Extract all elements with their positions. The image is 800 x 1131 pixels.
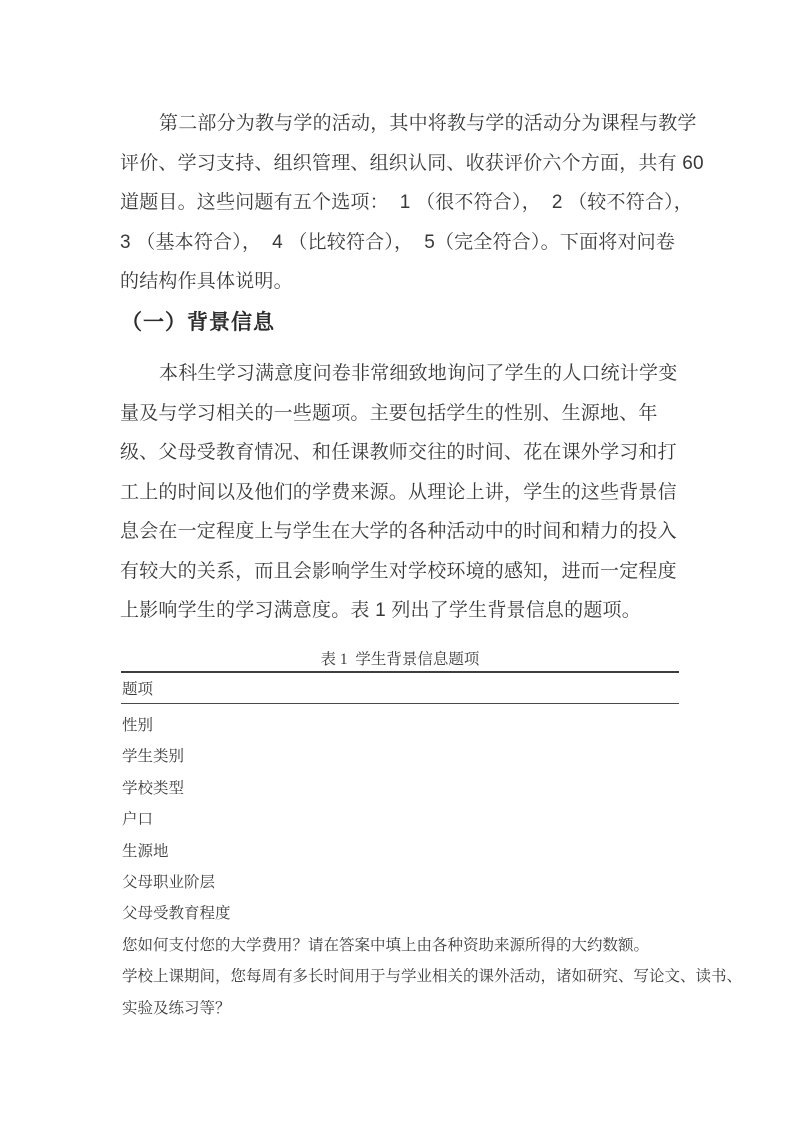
table-row: 父母职业阶层 bbox=[122, 867, 682, 898]
paragraph-line: 息会在一定程度上与学生在大学的各种活动中的时间和精力的投入 bbox=[120, 512, 686, 552]
paragraph-line: 第二部分为教与学的活动，其中将教与学的活动分为课程与教学 bbox=[120, 104, 686, 144]
paragraph-background-info: 本科生学习满意度问卷非常细致地询问了学生的人口统计学变 量及与学习相关的一些题项… bbox=[120, 354, 686, 631]
section-heading-background-info: （一）背景信息 bbox=[121, 308, 275, 338]
table-header-rule bbox=[121, 703, 679, 704]
paragraph-line: 道题目。这些问题有五个选项： 1 （很不符合）， 2 （较不符合）， bbox=[120, 183, 686, 223]
table-row: 学校上课期间，您每周有多长时间用于与学业相关的课外活动，诸如研究、写论文、读书、 bbox=[122, 961, 682, 992]
paragraph-line: 本科生学习满意度问卷非常细致地询问了学生的人口统计学变 bbox=[120, 354, 686, 394]
paragraph-line: 的结构作具体说明。 bbox=[120, 262, 686, 302]
table-row: 户口 bbox=[122, 804, 682, 835]
table-header-cell: 题项 bbox=[122, 677, 678, 703]
table-row: 学校类型 bbox=[122, 773, 682, 804]
document-page: 第二部分为教与学的活动，其中将教与学的活动分为课程与教学 评价、学习支持、组织管… bbox=[0, 0, 800, 1131]
table-row: 性别 bbox=[122, 710, 682, 741]
paragraph-line: 工上的时间以及他们的学费来源。从理论上讲，学生的这些背景信 bbox=[120, 473, 686, 513]
table-top-rule bbox=[121, 671, 679, 673]
paragraph-line: 评价、学习支持、组织管理、组织认同、收获评价六个方面，共有 60 bbox=[120, 144, 686, 184]
paragraph-line: 量及与学习相关的一些题项。主要包括学生的性别、生源地、年 bbox=[120, 394, 686, 434]
table-row: 实验及练习等？ bbox=[122, 993, 682, 1024]
table-body: 性别 学生类别 学校类型 户口 生源地 父母职业阶层 父母受教育程度 您如何支付… bbox=[122, 710, 682, 1024]
table-caption: 表 1 学生背景信息题项 bbox=[120, 649, 680, 671]
paragraph-line: 有较大的关系，而且会影响学生对学校环境的感知，进而一定程度 bbox=[120, 552, 686, 592]
paragraph-line: 上影响学生的学习满意度。表 1 列出了学生背景信息的题项。 bbox=[120, 591, 686, 631]
table-row: 您如何支付您的大学费用？请在答案中填上由各种资助来源所得的大约数额。 bbox=[122, 930, 682, 961]
paragraph-line: 3 （基本符合）， 4 （比较符合）， 5（完全符合）。下面将对问卷 bbox=[120, 223, 686, 263]
table-row: 父母受教育程度 bbox=[122, 898, 682, 929]
table-row: 学生类别 bbox=[122, 741, 682, 772]
paragraph-intro: 第二部分为教与学的活动，其中将教与学的活动分为课程与教学 评价、学习支持、组织管… bbox=[120, 104, 686, 302]
paragraph-line: 级、父母受教育情况、和任课教师交往的时间、花在课外学习和打 bbox=[120, 433, 686, 473]
table-row: 生源地 bbox=[122, 836, 682, 867]
